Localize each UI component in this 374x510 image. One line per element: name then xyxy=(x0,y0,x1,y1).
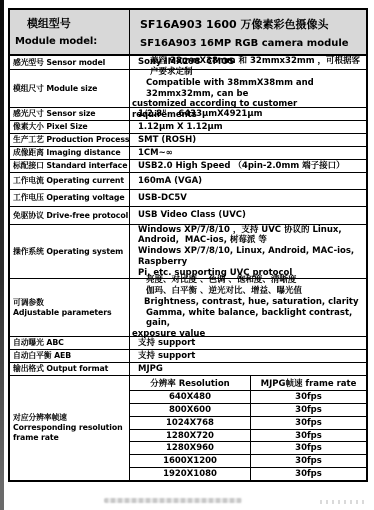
resolution-row: 1920X1080 30fps xyxy=(130,468,366,480)
row-label: 操作系统 Operating system xyxy=(10,225,130,278)
module-model-value-en: SF16A903 16MP RGB camera module xyxy=(140,38,363,49)
row-label: 对应分辨率帧速 Corresponding resolution frame r… xyxy=(10,376,130,480)
resolution-table: 分辨率 Resolution MJPG帧速 frame rate 640X480… xyxy=(130,376,366,480)
row-label: 标配接口 Standard interface xyxy=(10,160,130,172)
spec-row-output-format: 输出格式 Output format MJPG xyxy=(10,363,366,376)
module-model-value-cell: SF16A903 1600 万像素彩色摄像头 SF16A903 16MP RGB… xyxy=(130,10,366,54)
spec-row-auto-white-balance: 自动白平衡 AEB 支持 support xyxy=(10,350,366,363)
spec-table: 模组型号 Module model: SF16A903 1600 万像素彩色摄像… xyxy=(8,8,368,482)
spec-row-production-process: 生产工艺 Production Process SMT (ROSH) xyxy=(10,134,366,147)
row-label: 输出格式 Output format xyxy=(10,363,130,375)
spec-row-operating-system: 操作系统 Operating system Windows XP/7/8/10 … xyxy=(10,225,366,279)
row-label: 自动曝光 ABC xyxy=(10,337,130,349)
module-model-header-cell: 模组型号 Module model: xyxy=(10,10,130,54)
row-value: 亮度、对比度 、色调 、饱和度、清晰度 伽玛、白平衡 、逆光对比、增益、曝光值 … xyxy=(130,279,366,336)
resolution-column-header: 分辨率 Resolution xyxy=(130,376,251,390)
row-value: USB2.0 High Speed （4pin-2.0mm 端子接口） xyxy=(130,160,366,172)
row-label: 可调参数 Adjustable parameters xyxy=(10,279,130,336)
scan-noise-artifact xyxy=(320,500,368,504)
row-label: 生产工艺 Production Process xyxy=(10,134,130,146)
frame-rate-column-header: MJPG帧速 frame rate xyxy=(251,376,366,390)
row-value: 1.12μm X 1.12μm xyxy=(130,121,366,133)
row-value: SMT (ROSH) xyxy=(130,134,366,146)
spec-row-module-size: 模组尺寸 Module size 兼容 38mmX38mm 和 32mmx32m… xyxy=(10,70,366,108)
spec-row-auto-exposure: 自动曝光 ABC 支持 support xyxy=(10,337,366,350)
row-value: 1CM~∞ xyxy=(130,147,366,159)
row-value: 兼容 38mmX38mm 和 32mmx32mm ，可根据客户要求定制 Comp… xyxy=(130,70,366,107)
row-label: 像素大小 Pixel Size xyxy=(10,121,130,133)
row-value: Windows XP/7/8/10 ，支持 UVC 协议的 Linux, And… xyxy=(130,225,366,278)
module-model-value-zh: SF16A903 1600 万像素彩色摄像头 xyxy=(140,16,363,32)
row-label: 成像距离 Imaging distance xyxy=(10,147,130,159)
spec-row-imaging-distance: 成像距离 Imaging distance 1CM~∞ xyxy=(10,147,366,160)
resolution-table-header: 分辨率 Resolution MJPG帧速 frame rate xyxy=(130,376,366,391)
scan-edge-artifact xyxy=(0,0,4,510)
row-value: 160mA (VGA) xyxy=(130,173,366,189)
spec-row-drive-free-protocol: 免驱协议 Drive-free protocol USB Video Class… xyxy=(10,207,366,225)
spec-row-sensor-size: 感光尺寸 Sensor size 1/2.8" 6433μmX4921μm xyxy=(10,108,366,121)
row-label: 工作电流 Operating current xyxy=(10,173,130,189)
scan-smudge-artifact xyxy=(104,498,242,503)
row-value: USB-DC5V xyxy=(130,190,366,206)
row-label: 免驱协议 Drive-free protocol xyxy=(10,207,130,224)
table-header-row: 模组型号 Module model: SF16A903 1600 万像素彩色摄像… xyxy=(10,10,366,56)
spec-row-operating-current: 工作电流 Operating current 160mA (VGA) xyxy=(10,173,366,190)
resolution-row: 800X600 30fps xyxy=(130,404,366,417)
resolution-row: 1600X1200 30fps xyxy=(130,455,366,468)
spec-row-adjustable-parameters: 可调参数 Adjustable parameters 亮度、对比度 、色调 、饱… xyxy=(10,279,366,337)
resolution-row: 1024X768 30fps xyxy=(130,417,366,430)
row-value: 支持 support xyxy=(130,337,366,349)
spec-row-resolution-frame-rate: 对应分辨率帧速 Corresponding resolution frame r… xyxy=(10,376,366,480)
resolution-row: 640X480 30fps xyxy=(130,391,366,404)
row-label: 模组尺寸 Module size xyxy=(10,70,130,107)
spec-row-pixel-size: 像素大小 Pixel Size 1.12μm X 1.12μm xyxy=(10,121,366,134)
module-model-label-en: Module model: xyxy=(15,36,126,49)
resolution-row: 1280X960 30fps xyxy=(130,442,366,455)
row-value: 支持 support xyxy=(130,350,366,362)
row-label: 工作电压 Operating voltage xyxy=(10,190,130,206)
row-label: 感光型号 Sensor model xyxy=(10,56,130,69)
row-label: 自动白平衡 AEB xyxy=(10,350,130,362)
module-model-label-zh: 模组型号 xyxy=(15,17,126,31)
spec-row-standard-interface: 标配接口 Standard interface USB2.0 High Spee… xyxy=(10,160,366,173)
row-value: USB Video Class (UVC) xyxy=(130,207,366,224)
row-value: MJPG xyxy=(130,363,366,375)
row-label: 感光尺寸 Sensor size xyxy=(10,108,130,120)
resolution-row: 1280X720 30fps xyxy=(130,430,366,443)
row-value: 1/2.8" 6433μmX4921μm xyxy=(130,108,366,120)
spec-row-operating-voltage: 工作电压 Operating voltage USB-DC5V xyxy=(10,190,366,207)
